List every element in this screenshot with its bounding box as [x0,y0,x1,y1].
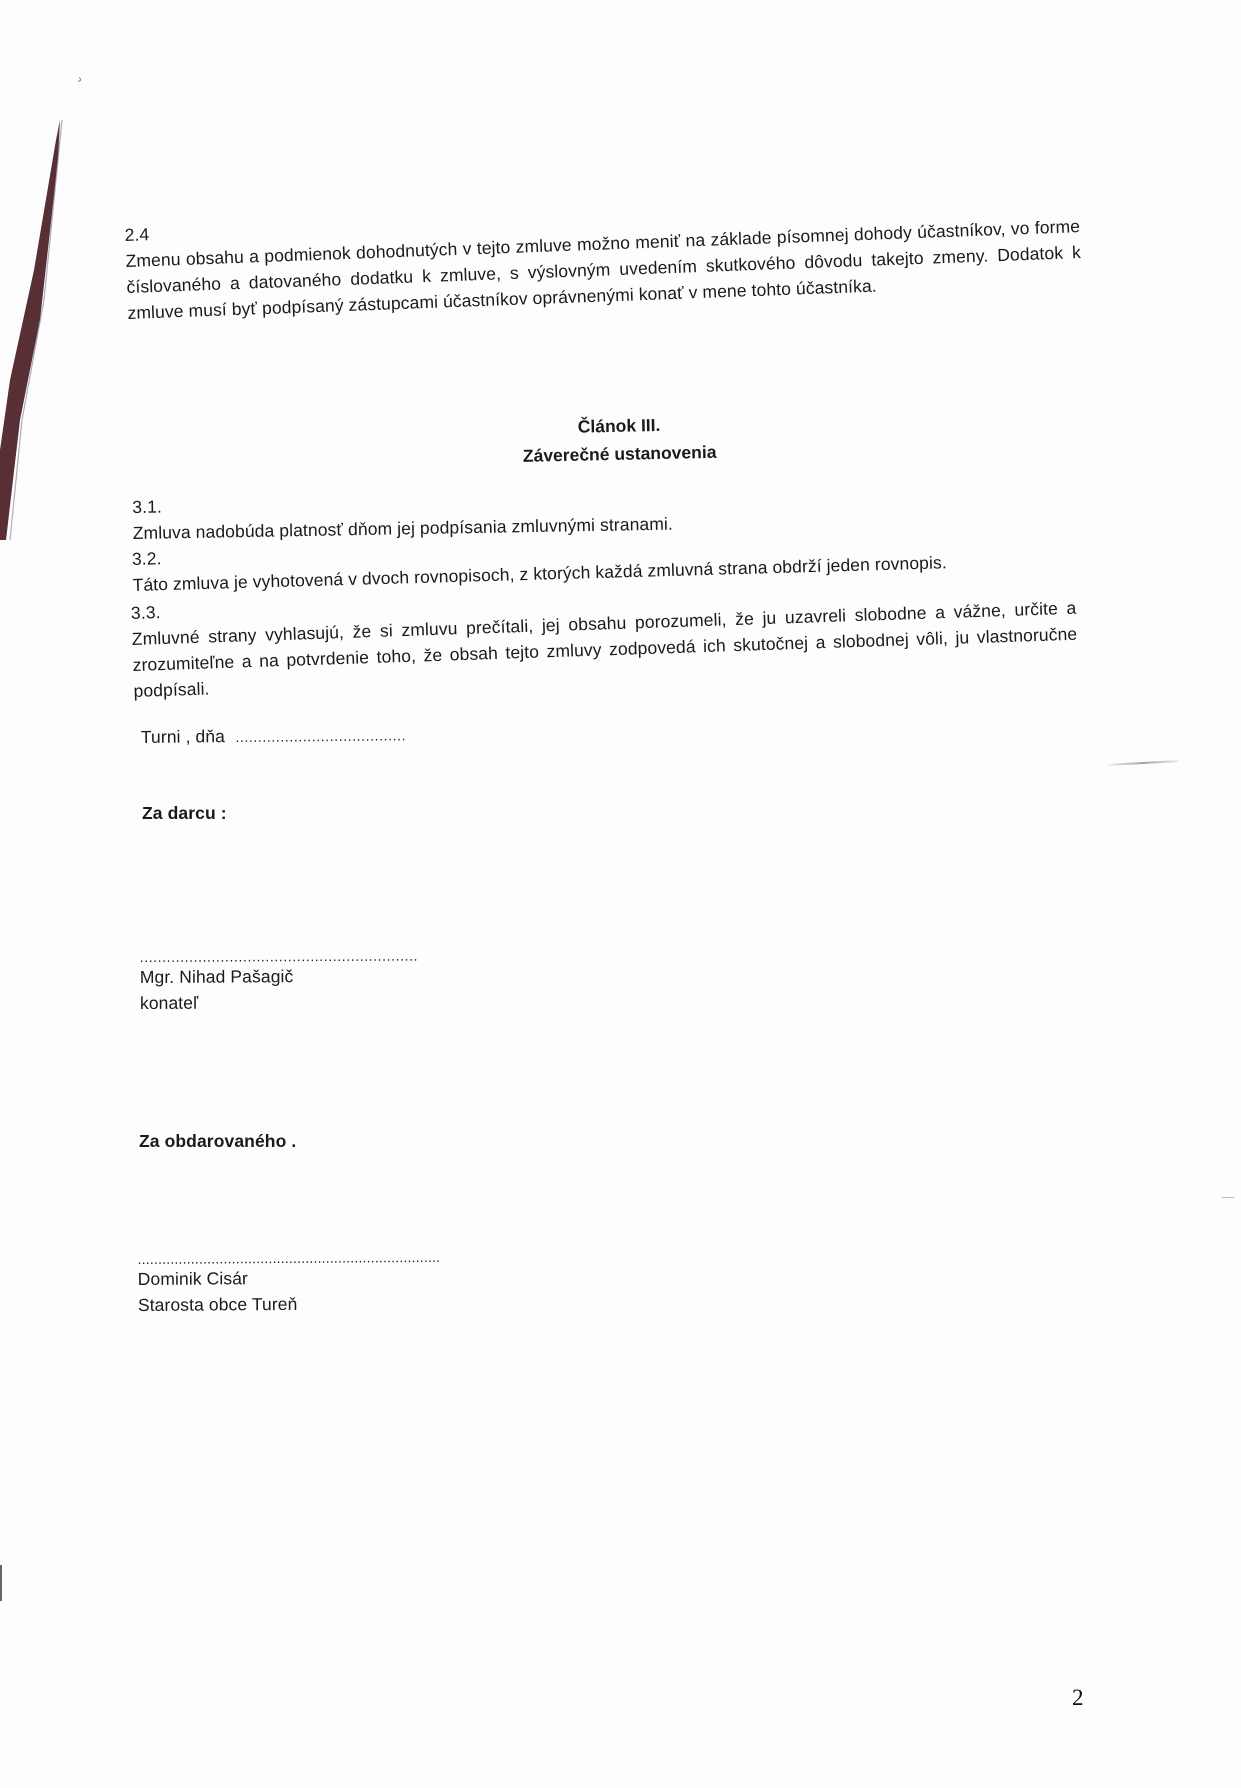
page-number: 2 [1072,1685,1084,1711]
recipient-signature-block: ........................................… [138,1249,538,1318]
donor-role: konateľ [140,988,500,1016]
recipient-name: Dominik Cisár [138,1263,538,1292]
scanned-page: › 2.4 Zmenu obsahu a podmienok dohodnutý… [0,0,1241,1788]
scan-edge-shadow [0,120,70,540]
donor-heading: Za darcu : [142,800,227,826]
place-date-label: Turni , dňa [141,726,225,747]
date-blank[interactable]: ...................................... [235,727,406,745]
recipient-role: Starosta obce Tureň [138,1289,538,1318]
scan-scribble [1108,760,1178,766]
stray-mark: › [76,72,85,87]
place-date: Turni , dňa ............................… [141,720,541,751]
article-heading: Článok III. Záverečné ustanovenia [419,408,820,472]
recipient-heading: Za obdarovaného . [139,1128,296,1154]
scan-mark [0,1565,2,1601]
scan-mark [1222,1197,1234,1198]
donor-signature-block: ........................................… [140,948,500,1016]
donor-name: Mgr. Nihad Pašagič [140,962,500,990]
section-2-4: 2.4 Zmenu obsahu a podmienok dohodnutých… [124,187,1087,326]
